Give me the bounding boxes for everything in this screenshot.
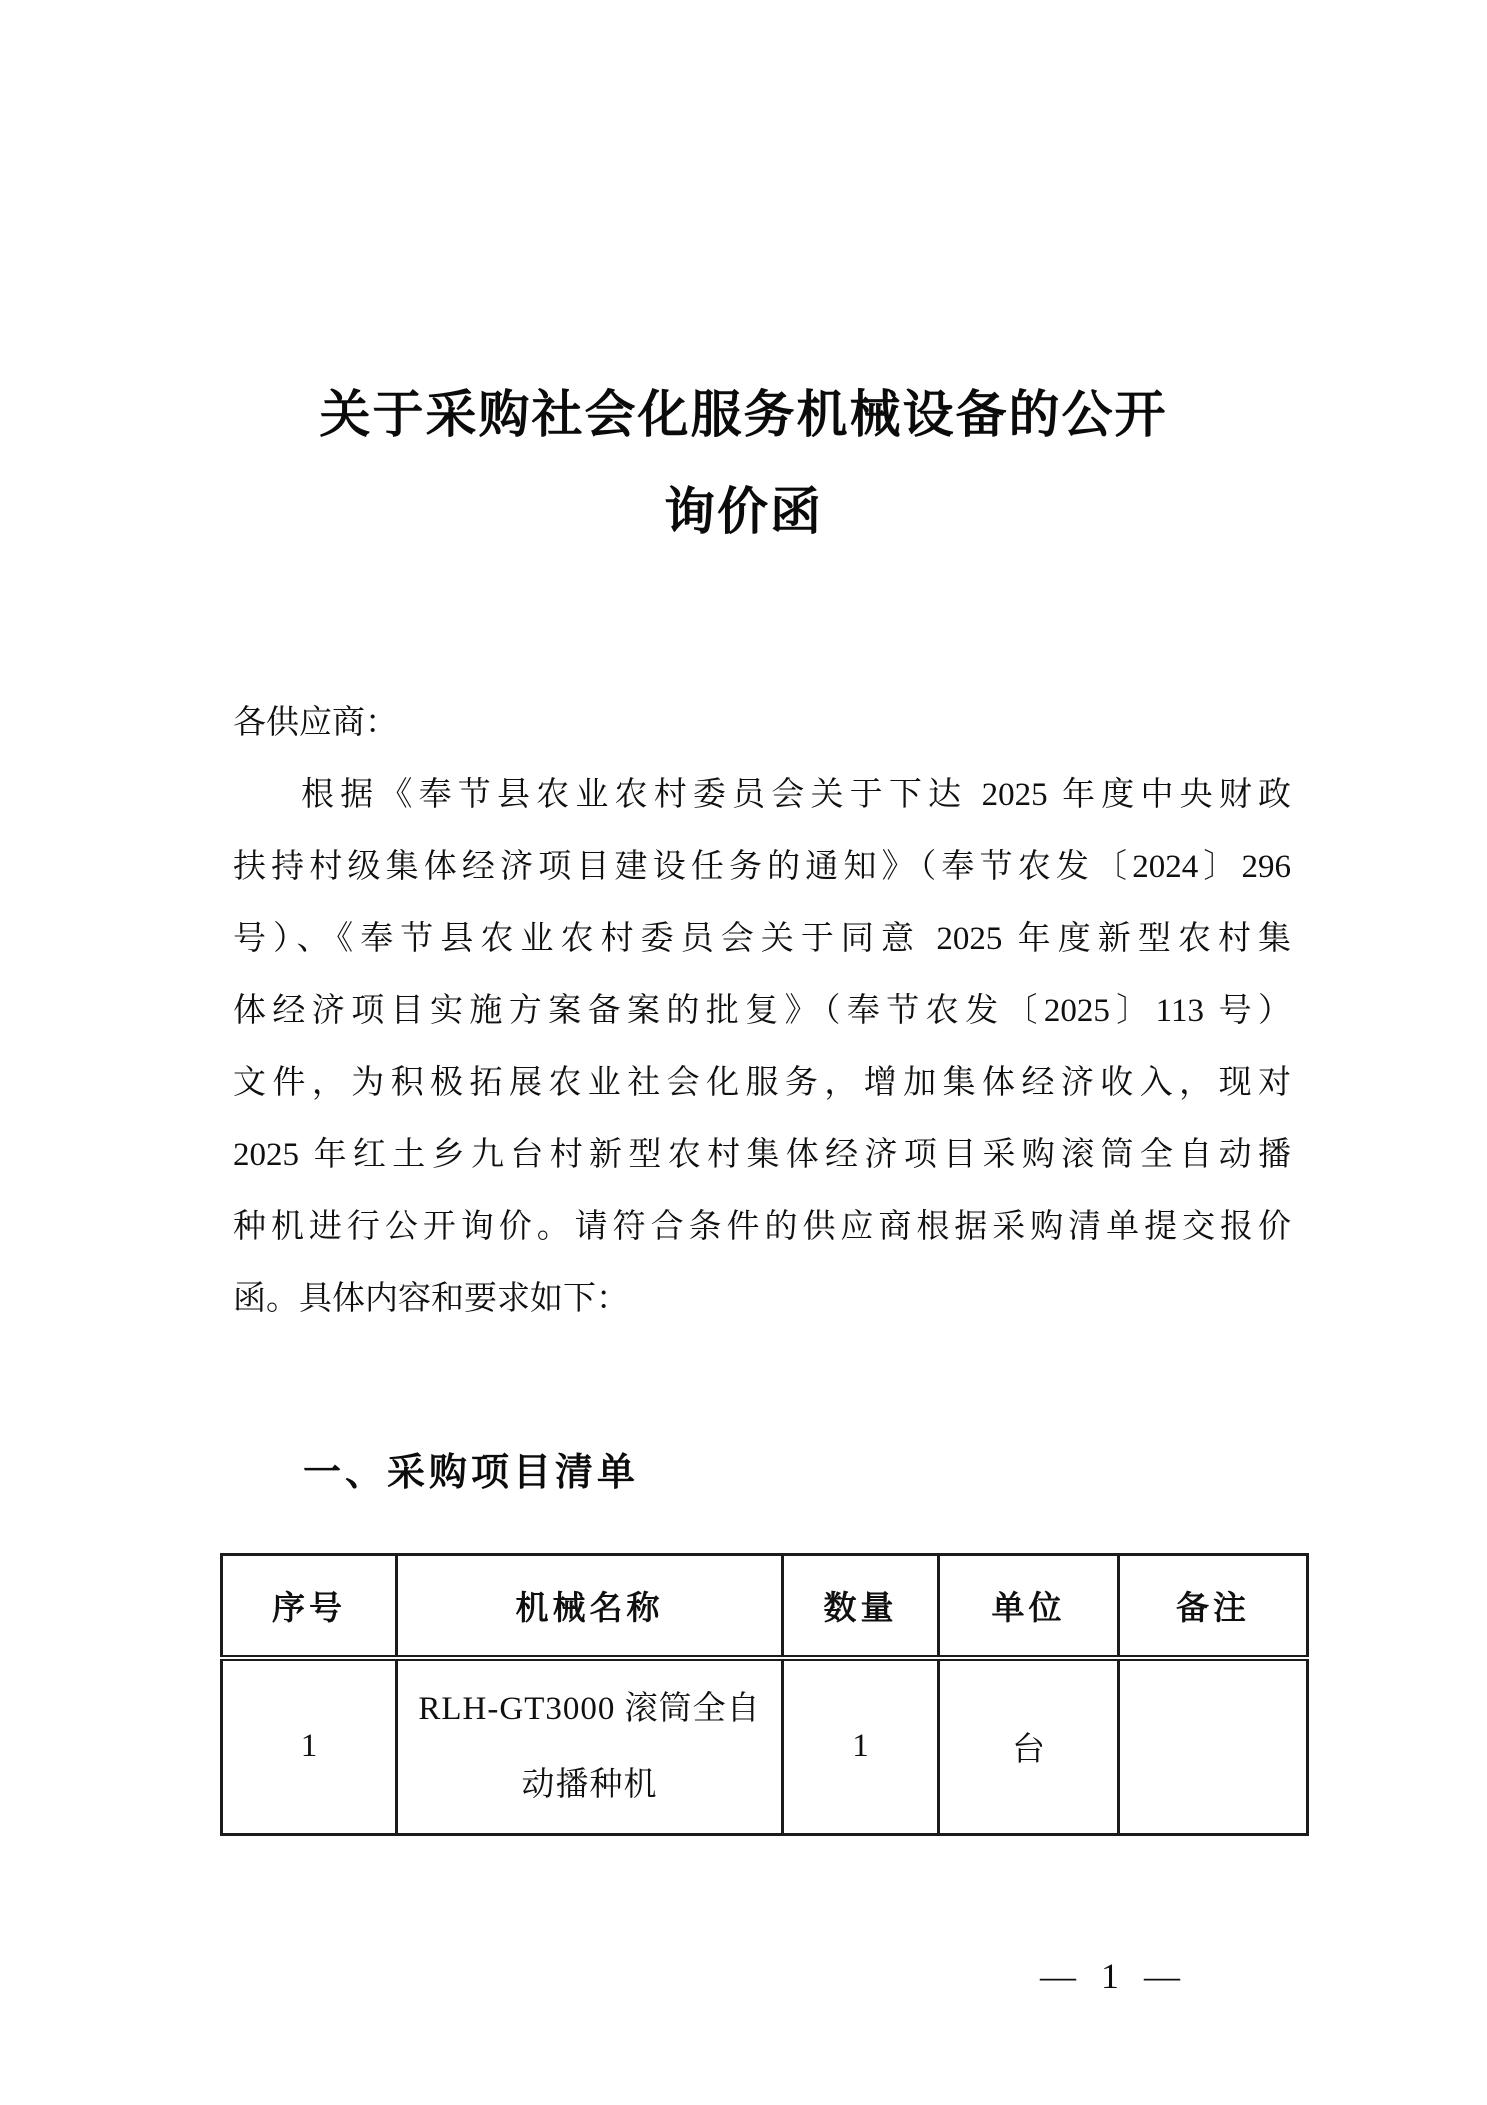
body-line-7: 种机进行公开询价。请符合条件的供应商根据采购清单提交报价	[233, 1191, 1291, 1263]
table-header-row: 序号 机械名称 数量 单位 备注	[222, 1555, 1308, 1658]
header-machine-name: 机械名称	[397, 1555, 783, 1658]
machine-name-line-2: 动播种机	[398, 1747, 781, 1823]
cell-quantity: 1	[783, 1658, 939, 1835]
header-seq: 序号	[222, 1555, 397, 1658]
header-quantity: 数量	[783, 1555, 939, 1658]
table-row: 1 RLH-GT3000 滚筒全自 动播种机 1 台	[222, 1658, 1308, 1835]
body-line-1: 根据《奉节县农业农村委员会关于下达 2025 年度中央财政	[233, 759, 1291, 831]
cell-machine-name: RLH-GT3000 滚筒全自 动播种机	[397, 1658, 783, 1835]
section-heading: 一、采购项目清单	[303, 1441, 639, 1496]
header-note: 备注	[1119, 1555, 1308, 1658]
cell-seq: 1	[222, 1658, 397, 1835]
page-number: — 1 —	[1040, 1955, 1188, 1997]
cell-unit: 台	[939, 1658, 1119, 1835]
document-page: 关于采购社会化服务机械设备的公开 询价函 各供应商： 根据《奉节县农业农村委员会…	[0, 0, 1487, 2105]
header-unit: 单位	[939, 1555, 1119, 1658]
body-line-6: 2025 年红土乡九台村新型农村集体经济项目采购滚筒全自动播	[233, 1119, 1291, 1191]
letter-body: 各供应商： 根据《奉节县农业农村委员会关于下达 2025 年度中央财政 扶持村级…	[233, 687, 1291, 1335]
procurement-items-table: 序号 机械名称 数量 单位 备注 1 RLH-GT3000 滚筒全自 动播种机 …	[220, 1553, 1309, 1836]
body-line-4: 体经济项目实施方案备案的批复》（奉节农发〔2025〕113 号）	[233, 975, 1291, 1047]
title-line-1: 关于采购社会化服务机械设备的公开	[0, 368, 1487, 465]
body-line-8: 函。具体内容和要求如下：	[233, 1263, 1291, 1335]
body-line-5: 文件，为积极拓展农业社会化服务，增加集体经济收入，现对	[233, 1047, 1291, 1119]
cell-note	[1119, 1658, 1308, 1835]
body-line-2: 扶持村级集体经济项目建设任务的通知》（奉节农发〔2024〕296	[233, 831, 1291, 903]
salutation: 各供应商：	[233, 687, 1291, 759]
machine-name-line-1: RLH-GT3000 滚筒全自	[398, 1671, 781, 1747]
body-line-3: 号）、《奉节县农业农村委员会关于同意 2025 年度新型农村集	[233, 903, 1291, 975]
title-line-2: 询价函	[0, 465, 1487, 562]
document-title: 关于采购社会化服务机械设备的公开 询价函	[0, 368, 1487, 562]
